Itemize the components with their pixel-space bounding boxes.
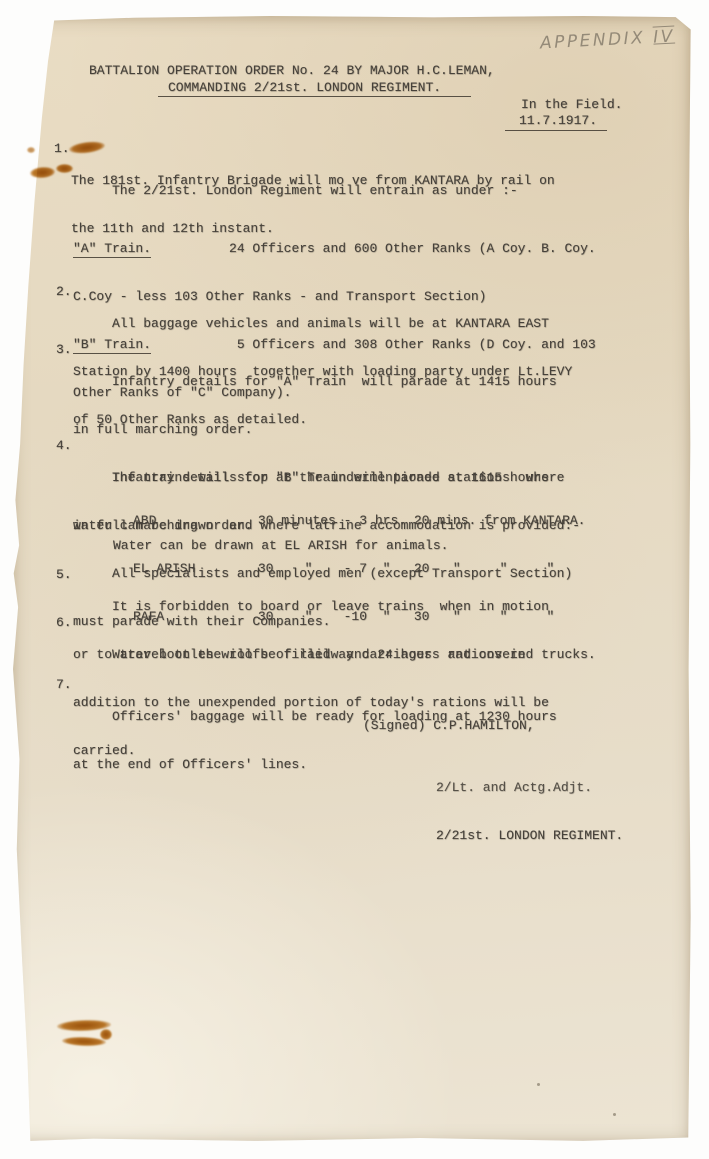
- signer-unit: 2/21st. LONDON REGIMENT.: [436, 828, 623, 844]
- appendix-numeral: IV: [653, 26, 676, 47]
- header-title-line1: BATTALION OPERATION ORDER No. 24 BY MAJO…: [89, 63, 495, 79]
- paragraph-line: in full marching order.: [73, 422, 572, 438]
- train-a-label: "A" Train.: [73, 241, 151, 258]
- dateline-place: In the Field.: [521, 97, 622, 113]
- paragraph-number: 7.: [56, 677, 73, 805]
- signer-role: 2/Lt. and Actg.Adjt.: [436, 780, 623, 796]
- dateline-date: 11.7.1917.: [519, 113, 607, 129]
- paragraph-line: Infantry details for "A" Train will para…: [73, 374, 572, 390]
- paragraph-number: 4.: [56, 438, 73, 566]
- paragraph-1-sub: The 2/21st. London Regiment will entrain…: [112, 183, 518, 199]
- signature-block: 2/Lt. and Actg.Adjt. 2/21st. LONDON REGI…: [436, 748, 623, 860]
- header-title-line2: COMMANDING 2/21st. LONDON REGIMENT.: [168, 80, 471, 96]
- paragraph-line: It is forbidden to board or leave trains…: [73, 599, 596, 615]
- table-row: ABD 30 minutes - 3 hrs. 20 mins. from KA…: [133, 513, 585, 529]
- paragraph-number: 1.: [54, 141, 71, 269]
- rust-stain: [27, 147, 35, 153]
- train-a-line: "A" Train. 24 Officers and 600 Other Ran…: [73, 241, 596, 257]
- paper-speck: [613, 1113, 616, 1116]
- train-a-details: 24 Officers and 600 Other Ranks (A Coy. …: [151, 241, 596, 256]
- water-note: Water can be drawn at EL ARISH for anima…: [113, 538, 448, 554]
- paragraph-line: All baggage vehicles and animals will be…: [73, 316, 572, 332]
- photo-background: { "annotation": { "word": "APPENDIX ", "…: [0, 0, 709, 1159]
- paper-speck: [537, 1083, 540, 1086]
- signed-line: (Signed) C.P.HAMILTON,: [363, 718, 535, 734]
- rust-stain: [100, 1029, 112, 1040]
- paragraph-line: Water bottles will be filled and 24 hour…: [73, 647, 549, 663]
